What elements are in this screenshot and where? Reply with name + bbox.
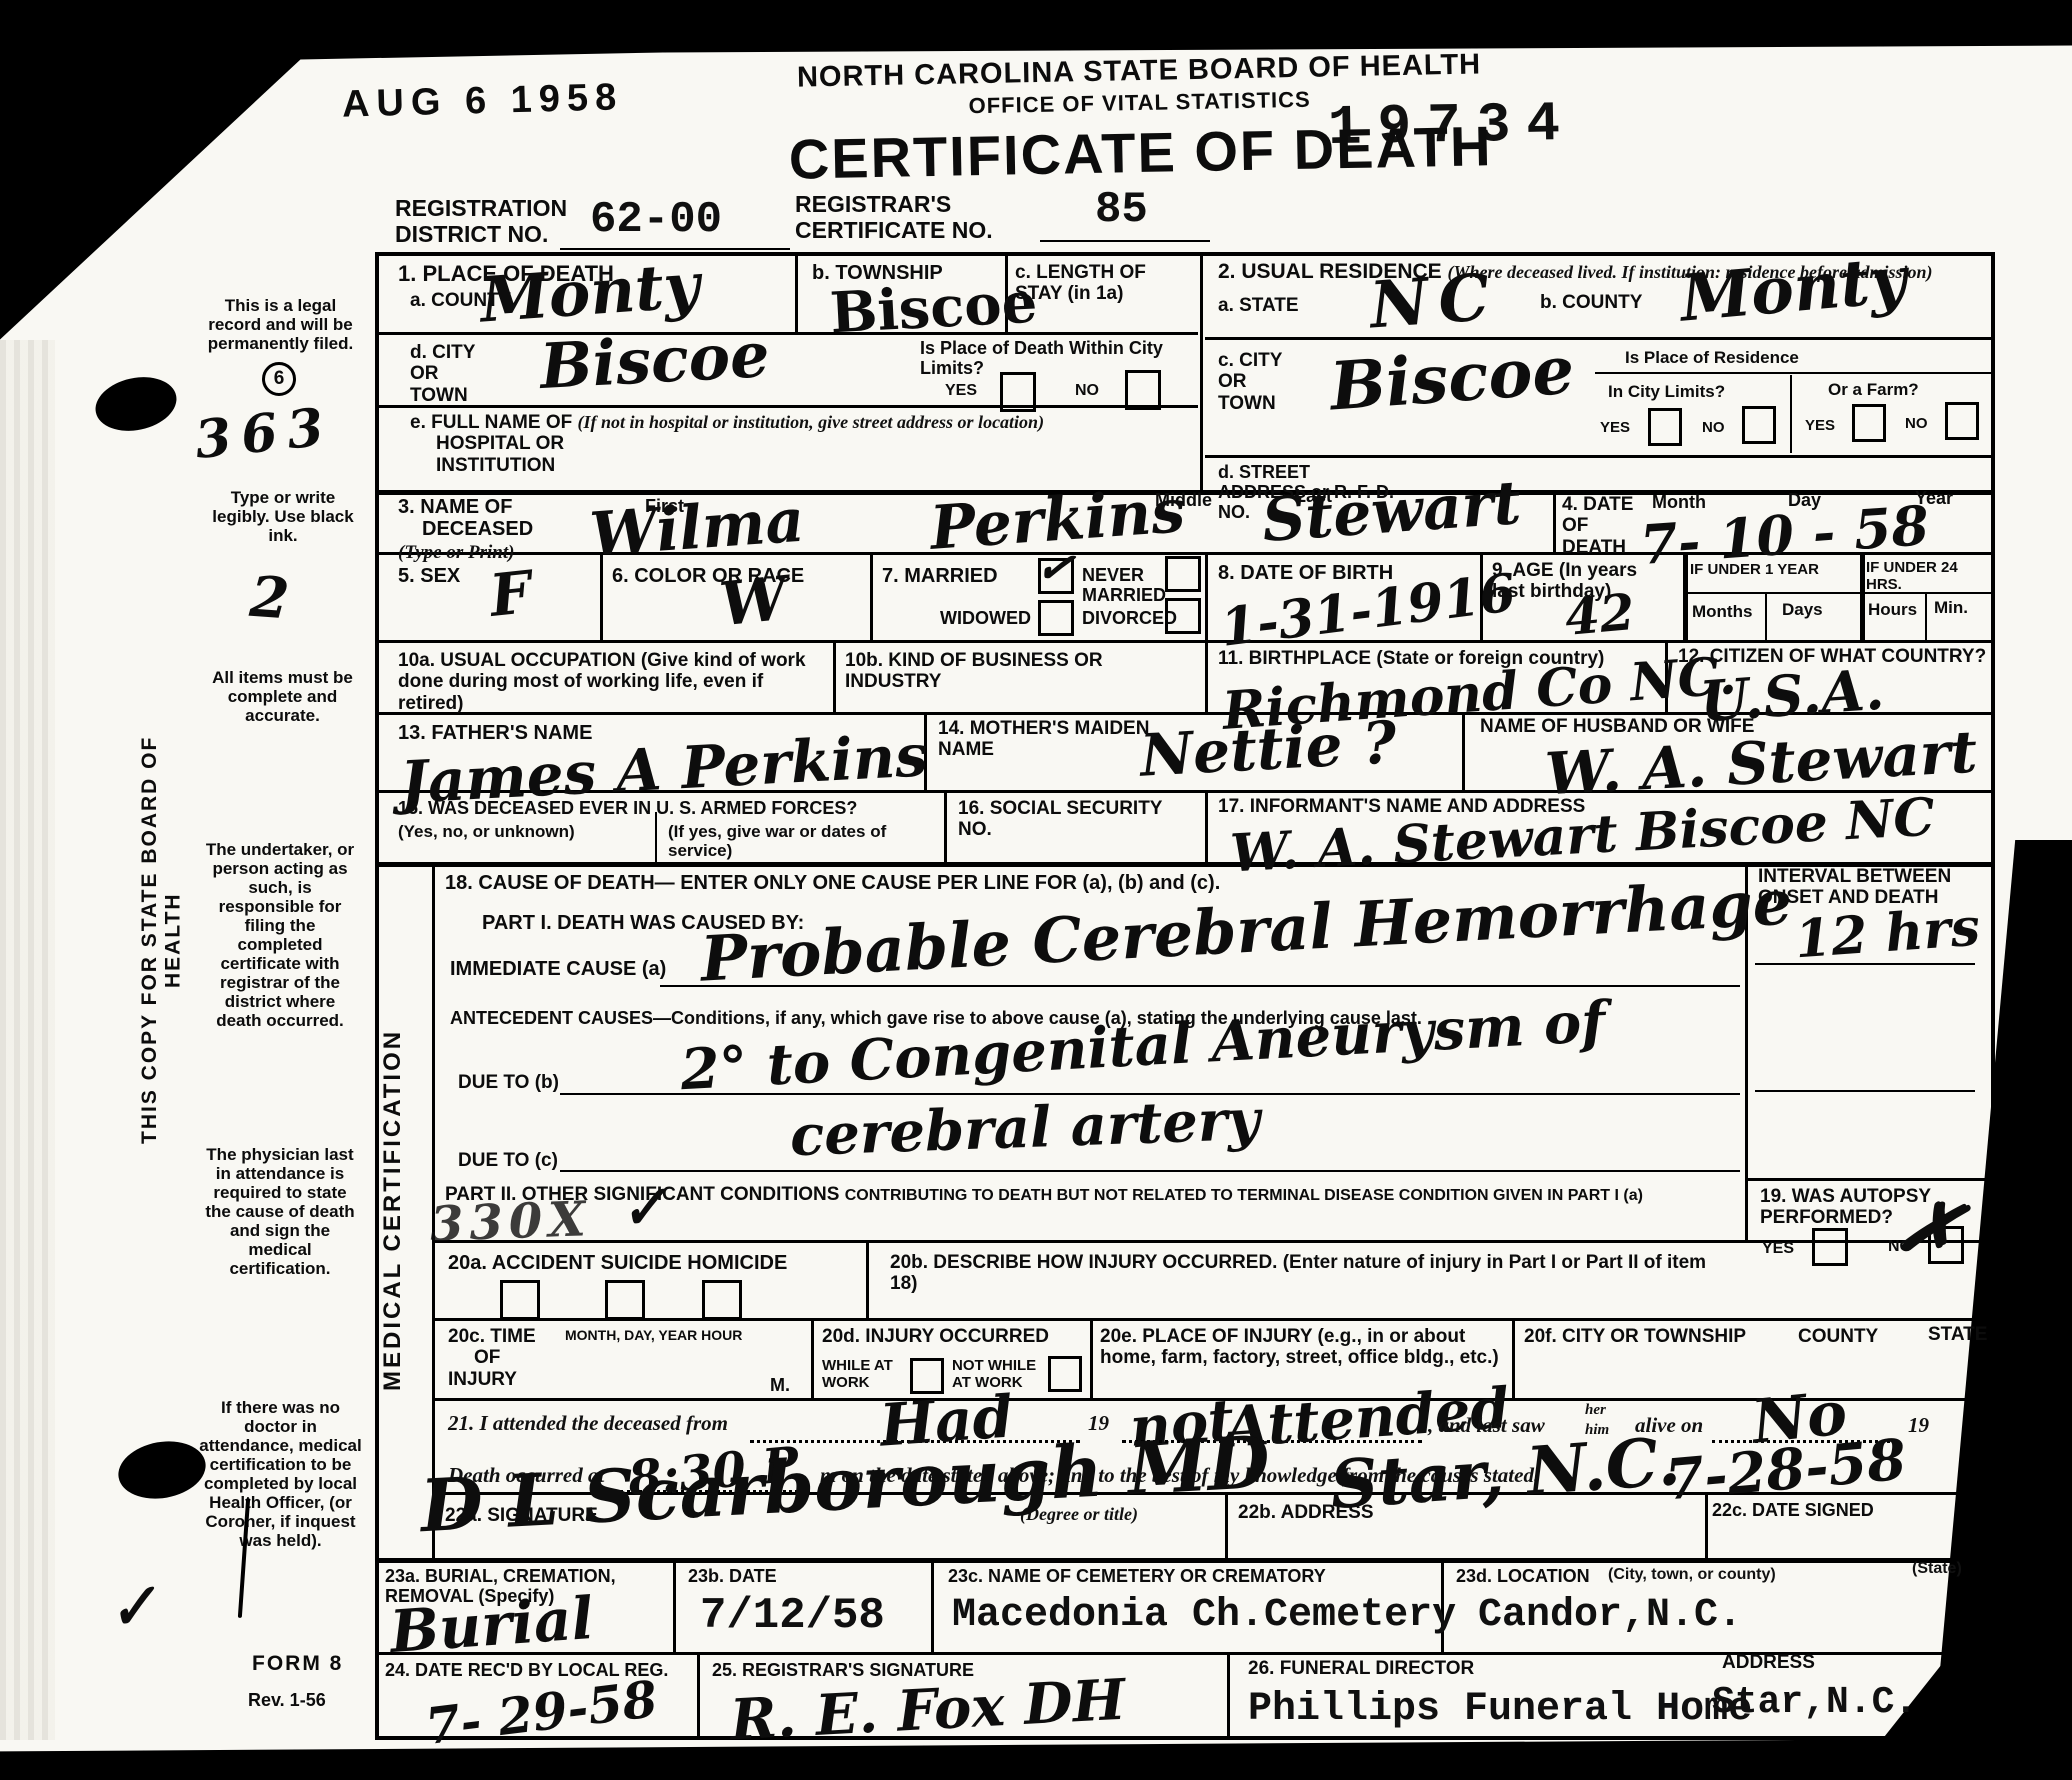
- due-b-label: DUE TO (b): [458, 1072, 559, 1093]
- ssn-label: 16. SOCIAL SECURITY NO.: [958, 798, 1198, 841]
- burial-date-label: 23b. DATE: [688, 1566, 777, 1586]
- due-c-label: DUE TO (c): [458, 1150, 558, 1171]
- suicide-checkbox: [605, 1280, 645, 1320]
- burial-location-note-2: (State): [1912, 1560, 1962, 1578]
- married-check-mark: ✓: [1033, 542, 1078, 593]
- cemetery-label: 23c. NAME OF CEMETERY OR CREMATORY: [948, 1566, 1428, 1586]
- months-label: Months: [1692, 602, 1752, 621]
- registrar-certificate-value: 85: [1095, 188, 1148, 232]
- place-city-label: d. CITY OR TOWN: [410, 342, 490, 406]
- occupation-label: 10a. USUAL OCCUPATION (Give kind of work…: [398, 650, 818, 714]
- autopsy-yes-checkbox: [1812, 1228, 1848, 1266]
- death-limits-no-checkbox: [1125, 370, 1161, 410]
- registrar-certificate-line: [1040, 240, 1210, 242]
- punch-hole-top: [90, 370, 181, 438]
- time-of-injury-note: MONTH, DAY, YEAR HOUR: [565, 1328, 765, 1344]
- age-value: 42: [1563, 587, 1637, 643]
- div-15-inner: [655, 812, 657, 862]
- margin-copy-vertical-text: THIS COPY FOR STATE BOARD OF HEALTH: [138, 690, 184, 1190]
- funeral-director-label: 26. FUNERAL DIRECTOR: [1248, 1658, 1474, 1679]
- funeral-address-label: ADDRESS: [1722, 1652, 1815, 1673]
- div-race-marital: [870, 552, 873, 640]
- margin-handwritten-2: 2: [248, 569, 291, 628]
- part2-scribble-check: ✓: [617, 1178, 670, 1239]
- hours-label: Hours: [1868, 600, 1917, 619]
- funeral-director-value: Phillips Funeral Home: [1248, 1690, 1752, 1730]
- margin-note-complete: All items must be complete and accurate.: [205, 668, 360, 725]
- residence-farm-yes-checkbox: [1852, 404, 1886, 442]
- div-1a-1b: [795, 252, 798, 332]
- min-label: Min.: [1934, 598, 1968, 617]
- days-label: Days: [1782, 600, 1823, 619]
- under-24-header: IF UNDER 24 HRS.: [1866, 560, 1996, 594]
- place-of-injury-label: 20e. PLACE OF INJURY (e.g., in or about …: [1100, 1326, 1500, 1369]
- div-hours-min: [1925, 592, 1927, 640]
- color-race-value: W: [717, 569, 790, 636]
- due-c-value: cerebral artery: [789, 1092, 1261, 1164]
- line-due-c: [560, 1170, 1740, 1172]
- institution-label-note: (If not in hospital or institution, give…: [578, 412, 1045, 432]
- margin-handwritten-363: 363: [193, 401, 336, 467]
- div-20d-20e: [1090, 1318, 1093, 1398]
- div-months-days: [1765, 592, 1767, 640]
- place-county-value: Monty: [478, 254, 702, 331]
- part2-note-text: CONTRIBUTING TO DEATH BUT NOT RELATED TO…: [845, 1187, 1643, 1204]
- married-label-text: MARRIED: [904, 565, 997, 587]
- industry-label: 10b. KIND OF BUSINESS OR INDUSTRY: [845, 650, 1195, 693]
- injury-occurred-label: 20d. INJURY OCCURRED: [822, 1326, 1082, 1347]
- residence-city-yes-checkbox: [1648, 408, 1682, 446]
- time-of-injury-1: 20c. TIME: [448, 1326, 536, 1347]
- time-of-injury-m: M.: [770, 1375, 790, 1395]
- residence-state-value: NC: [1368, 266, 1502, 339]
- length-of-stay-label: c. LENGTH OF STAY (in 1a): [1015, 262, 1185, 305]
- armed-forces-label: 15. WAS DECEASED EVER IN U. S. ARMED FOR…: [398, 798, 958, 818]
- widowed-checkbox: [1038, 600, 1074, 636]
- institution-label-2: HOSPITAL OR: [436, 433, 564, 454]
- div-name-dod: [1553, 490, 1556, 552]
- div-sec1-sec2: [1200, 252, 1203, 490]
- institution-label-1: e. FULL NAME OF: [410, 412, 572, 433]
- not-while-at-work-checkbox: [1048, 1356, 1082, 1392]
- armed-forces-note-b: (If yes, give war or dates of service): [668, 822, 938, 860]
- margin-note-physician: The physician last in attendance is requ…: [200, 1145, 360, 1278]
- scan-artifact-bottom-band: [0, 1736, 2072, 1780]
- burial-value: Burial: [388, 1589, 595, 1661]
- scan-artifact-left-streaks: [0, 340, 55, 1740]
- describe-injury-label: 20b. DESCRIBE HOW INJURY OCCURRED. (Ente…: [890, 1252, 1730, 1295]
- line-20a-bottom: [432, 1318, 1995, 1321]
- injury-county-label: COUNTY: [1798, 1326, 1878, 1347]
- registrar-certificate-label: REGISTRAR'S CERTIFICATE NO.: [795, 192, 993, 244]
- line-2a: [1205, 337, 1995, 340]
- margin-note-no-doctor: If there was no doctor in attendance, me…: [198, 1398, 363, 1550]
- div-23a-23b: [673, 1558, 676, 1652]
- residence-farm-yes-label: YES: [1805, 418, 1835, 435]
- death-limits-no-label: NO: [1075, 382, 1099, 400]
- line-autopsy-top: [1745, 1178, 1995, 1181]
- autopsy-yes-label: YES: [1762, 1240, 1794, 1258]
- registrar-certificate-label-1: REGISTRAR'S: [795, 191, 951, 217]
- residence-in-city-question: In City Limits?: [1608, 382, 1725, 401]
- punch-hole-bottom: [114, 1435, 210, 1505]
- injury-city-label: 20f. CITY OR TOWNSHIP: [1524, 1326, 1746, 1347]
- div-city-farm: [1790, 375, 1792, 453]
- time-of-injury-2: OF: [474, 1347, 500, 1368]
- div-20c-20d: [811, 1318, 814, 1398]
- never-married-label: NEVER MARRIED: [1082, 565, 1172, 605]
- death-limits-yes-checkbox: [1000, 372, 1036, 412]
- divorced-label: DIVORCED: [1082, 608, 1177, 628]
- residence-city-value: Biscoe: [1328, 337, 1576, 420]
- burial-location-value: Candor,N.C.: [1478, 1596, 1742, 1636]
- institution-label-3: INSTITUTION: [436, 455, 555, 476]
- homicide-checkbox: [702, 1280, 742, 1320]
- institution-label: e. FULL NAME OF (If not in hospital or i…: [410, 412, 1190, 476]
- accident-suicide-homicide-label: 20a. ACCIDENT SUICIDE HOMICIDE: [448, 1252, 787, 1274]
- time-of-injury-label: 20c. TIME OF INJURY: [448, 1326, 536, 1390]
- form-title: CERTIFICATE OF DEATH: [590, 112, 1691, 196]
- residence-farm-no-checkbox: [1945, 402, 1979, 440]
- burial-location-label: 23d. LOCATION: [1456, 1566, 1590, 1586]
- widowed-label: WIDOWED: [940, 608, 1031, 628]
- burial-date-value: 7/12/58: [700, 1594, 885, 1638]
- while-at-work-label: WHILE AT WORK: [822, 1358, 907, 1392]
- div-marital-dob: [1205, 552, 1208, 640]
- medical-certification-side-label: MEDICAL CERTIFICATION: [380, 880, 428, 1540]
- time-of-injury-3: INJURY: [448, 1369, 517, 1390]
- sex-label: 5. SEX: [398, 565, 460, 587]
- accident-checkbox: [500, 1280, 540, 1320]
- residence-county-value: Monty: [1678, 248, 1910, 332]
- residence-city-yes-label: YES: [1600, 420, 1630, 437]
- death-limits-yes-label: YES: [945, 382, 977, 400]
- deceased-last-name: Stewart: [1260, 473, 1523, 551]
- line-residence-q: [1595, 372, 1995, 374]
- margin-note-legal: This is a legal record and will be perma…: [203, 296, 358, 353]
- registration-district-value: 62-00: [590, 198, 722, 242]
- residence-farm-question: Or a Farm?: [1828, 380, 1919, 399]
- residence-city-no-checkbox: [1742, 406, 1776, 444]
- place-township-value: Biscoe: [829, 275, 1039, 342]
- registrar-certificate-label-2: CERTIFICATE NO.: [795, 217, 993, 243]
- div-10b-11: [1205, 640, 1208, 712]
- sex-value: F: [487, 563, 534, 625]
- deceased-first-name: Wilma: [588, 491, 806, 566]
- attended-pre: 21. I attended the deceased from: [448, 1412, 728, 1435]
- margin-circled-number: 6: [262, 362, 296, 396]
- divorced-checkbox: [1165, 598, 1201, 634]
- mother-name-value: Nettie ?: [1139, 713, 1398, 784]
- line-interval-2: [1755, 1090, 1975, 1092]
- line-part2-bottom: [432, 1240, 1995, 1243]
- name-of-deceased-label: 3. NAME OF DECEASED (Type or Print): [398, 496, 533, 564]
- residence-city-label: c. CITY OR TOWN: [1218, 350, 1308, 414]
- line-22-bottom: [375, 1558, 1995, 1563]
- registration-district-label: REGISTRATION DISTRICT NO.: [395, 196, 567, 248]
- residence-question: Is Place of Residence: [1625, 348, 1799, 367]
- margin-note-legibly: Type or write legibly. Use black ink.: [208, 488, 358, 545]
- residence-county-label: b. COUNTY: [1540, 292, 1642, 313]
- death-certificate-scan: AUG 6 1958 19734 NORTH CAROLINA STATE BO…: [0, 0, 2072, 1780]
- part2-scribble: 330X: [429, 1195, 592, 1249]
- immediate-cause-label: IMMEDIATE CAUSE (a): [450, 958, 666, 980]
- line-sex-bottom: [375, 640, 1995, 643]
- name-label-1: 3. NAME OF: [398, 496, 512, 518]
- div-20e-20f: [1512, 1318, 1515, 1398]
- div-25-26: [1227, 1652, 1230, 1738]
- div-20a-20b: [866, 1240, 869, 1318]
- armed-forces-note-a: (Yes, no, or unknown): [398, 822, 575, 841]
- margin-handwritten-check: ✓: [104, 1575, 160, 1639]
- burial-location-note-1: (City, town, or county): [1608, 1566, 1776, 1584]
- received-date-stamp: AUG 6 1958: [341, 76, 623, 126]
- div-23b-23c: [931, 1558, 934, 1652]
- name-label-note: (Type or Print): [398, 542, 514, 563]
- funeral-address-value: Star,N.C.: [1712, 1684, 1917, 1722]
- margin-form-number: FORM 8: [252, 1652, 343, 1676]
- registration-district-label-2: DISTRICT NO.: [395, 221, 548, 247]
- div-16-17: [1205, 790, 1208, 862]
- div-24-25: [697, 1652, 700, 1738]
- place-city-value: Biscoe: [539, 324, 771, 398]
- residence-state-label: a. STATE: [1218, 295, 1299, 316]
- injury-state-label: STATE: [1928, 1324, 1987, 1345]
- cemetery-value: Macedonia Ch.Cemetery: [952, 1596, 1456, 1636]
- line-1d: [375, 405, 1198, 408]
- marital-married-label: 7. MARRIED: [882, 565, 998, 587]
- residence-city-no-label: NO: [1702, 420, 1725, 437]
- attended-19-b: 19: [1908, 1414, 1929, 1437]
- name-label-2: DECEASED: [422, 518, 533, 540]
- margin-note-undertaker: The undertaker, or person acting as such…: [200, 840, 360, 1030]
- never-married-checkbox: [1165, 556, 1201, 592]
- interval-value: 12 hrs: [1793, 902, 1981, 967]
- line-armed-bottom: [375, 862, 1995, 867]
- div-under1-under24: [1860, 552, 1865, 640]
- line-2c: [1205, 455, 1995, 458]
- form-header: NORTH CAROLINA STATE BOARD OF HEALTH OFF…: [589, 44, 1691, 195]
- registration-district-label-1: REGISTRATION: [395, 195, 567, 221]
- attended-her: her: [1585, 1402, 1606, 1419]
- div-10a-10b: [833, 640, 836, 712]
- under-1yr-header: IF UNDER 1 YEAR: [1690, 562, 1860, 579]
- residence-farm-no-label: NO: [1905, 416, 1928, 433]
- margin-form-revision: Rev. 1-56: [248, 1690, 326, 1710]
